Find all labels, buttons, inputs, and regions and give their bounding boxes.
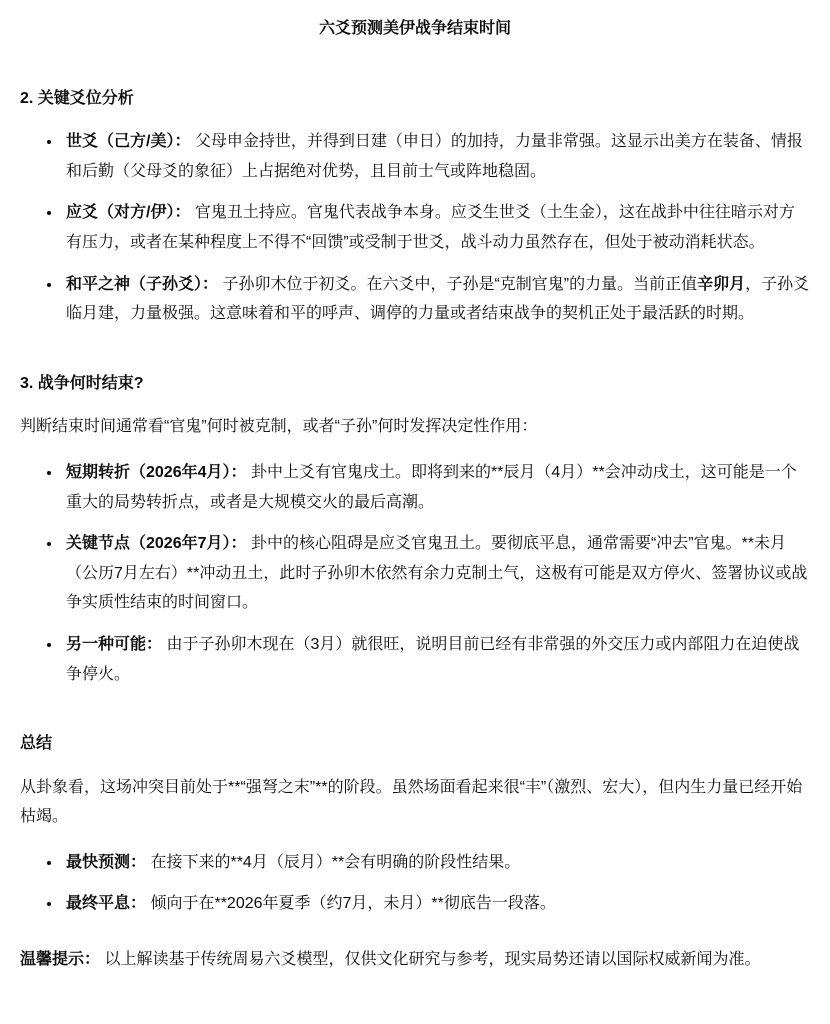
list-item-key-node: 关键节点（2026年7月）： 卦中的核心阻碍是应爻官鬼丑土。要彻底平息，通常需要… bbox=[62, 529, 810, 618]
list-item-peace-god-line: 和平之神（子孙爻）： 子孙卯木位于初爻。在六爻中，子孙是“克制官鬼”的力量。当前… bbox=[62, 270, 810, 329]
section-heading-key-lines-analysis: 2. 关键爻位分析 bbox=[20, 86, 810, 112]
key-lines-list: 世爻（己方/美）： 父母申金持世，并得到日建（申日）的加持，力量非常强。这显示出… bbox=[20, 127, 810, 329]
page-title: 六爻预测美伊战争结束时间 bbox=[20, 14, 810, 44]
list-item-world-line: 世爻（己方/美）： 父母申金持世，并得到日建（申日）的加持，力量非常强。这显示出… bbox=[62, 127, 810, 186]
summary-list: 最快预测： 在接下来的**4月（辰月）**会有明确的阶段性结果。 最终平息： 倾… bbox=[20, 848, 810, 919]
list-item-response-line: 应爻（对方/伊）： 官鬼丑土持应。官鬼代表战争本身。应爻生世爻（土生金），这在战… bbox=[62, 198, 810, 257]
list-item-final-settlement: 最终平息： 倾向于在**2026年夏季（约7月，未月）**彻底告一段落。 bbox=[62, 889, 810, 919]
war-end-intro-paragraph: 判断结束时间通常看“官鬼”何时被克制，或者“子孙”何时发挥决定性作用： bbox=[20, 412, 810, 442]
war-end-list: 短期转折（2026年4月）： 卦中上爻有官鬼戌土。即将到来的**辰月（4月）**… bbox=[20, 458, 810, 689]
list-item-alternative-possibility: 另一种可能： 由于子孙卯木现在（3月）就很旺，说明目前已经有非常强的外交压力或内… bbox=[62, 630, 810, 689]
summary-paragraph: 从卦象看，这场冲突目前处于**“强弩之末”**的阶段。虽然场面看起来很“丰”（激… bbox=[20, 773, 810, 832]
list-item-fastest-forecast: 最快预测： 在接下来的**4月（辰月）**会有明确的阶段性结果。 bbox=[62, 848, 810, 878]
section-heading-war-end-time: 3. 战争何时结束? bbox=[20, 371, 810, 397]
disclaimer-paragraph: 温馨提示： 以上解读基于传统周易六爻模型，仅供文化研究与参考，现实局势还请以国际… bbox=[20, 945, 810, 975]
section-heading-summary: 总结 bbox=[20, 731, 810, 757]
document: 六爻预测美伊战争结束时间 2. 关键爻位分析 世爻（己方/美）： 父母申金持世，… bbox=[20, 14, 810, 975]
list-item-short-term-turning-point: 短期转折（2026年4月）： 卦中上爻有官鬼戌土。即将到来的**辰月（4月）**… bbox=[62, 458, 810, 517]
